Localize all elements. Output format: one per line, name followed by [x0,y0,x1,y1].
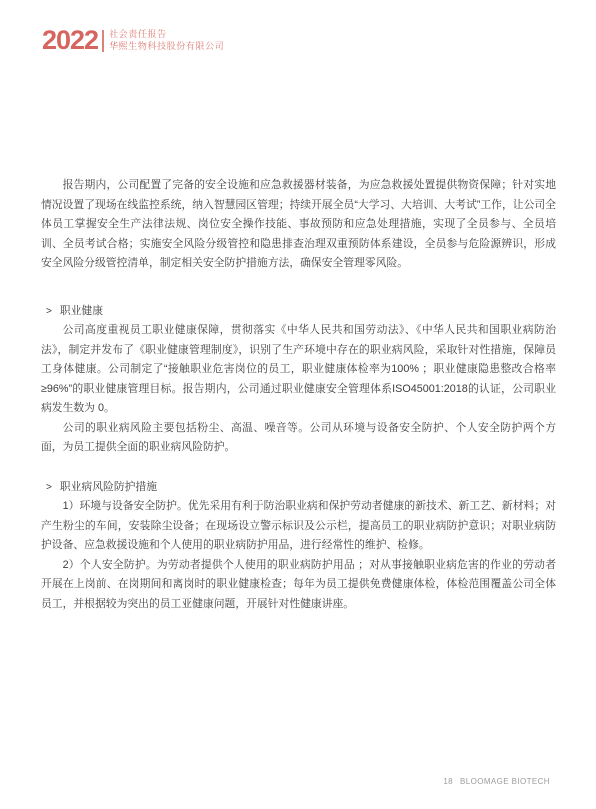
paragraph-safety-measures: 报告期内，公司配置了完备的安全设施和应急救援器材装备，为应急救援处置提供物资保障… [41,176,556,274]
header-divider [102,30,104,52]
section-title-text: 职业病风险防护措施 [60,481,157,493]
section-title-risk-protection-measures: >职业病风险防护措施 [41,478,556,498]
paragraph-personal-protection: 2）个人安全防护。为劳动者提供个人使用的职业病防护用品 ；对从事接触职业病危害的… [41,556,556,615]
paragraph-occupational-disease-risks: 公司的职业病风险主要包括粉尘、高温、噪音等。公司从环境与设备安全防护、个人安全防… [41,419,556,458]
report-year: 2022 [42,28,98,53]
section-marker-icon: > [46,306,52,317]
section-title-text: 职业健康 [60,305,103,317]
section-title-occupational-health: >职业健康 [41,302,556,322]
header-subtitle: 社会责任报告 华熙生物科技股份有限公司 [109,29,224,52]
page-header: 2022 社会责任报告 华熙生物科技股份有限公司 [42,28,224,53]
report-page: 2022 社会责任报告 华熙生物科技股份有限公司 报告期内，公司配置了完备的安全… [0,0,596,809]
paragraph-occupational-health-policy: 公司高度重视员工职业健康保障，贯彻落实《中华人民共和国劳动法》、《中华人民共和国… [41,321,556,419]
brand-name: BLOOMAGE BIOTECH [460,777,550,786]
page-body: 报告期内，公司配置了完备的安全设施和应急救援器材装备，为应急救援处置提供物资保障… [41,176,556,614]
page-number: 18 [443,777,453,786]
report-title: 社会责任报告 [109,29,224,41]
section-marker-icon: > [46,482,52,493]
page-footer: 18 BLOOMAGE BIOTECH [443,777,550,786]
paragraph-environment-equipment-protection: 1）环境与设备安全防护。优先采用有利于防治职业病和保护劳动者健康的新技术、新工艺… [41,497,556,556]
company-name: 华熙生物科技股份有限公司 [109,41,224,53]
